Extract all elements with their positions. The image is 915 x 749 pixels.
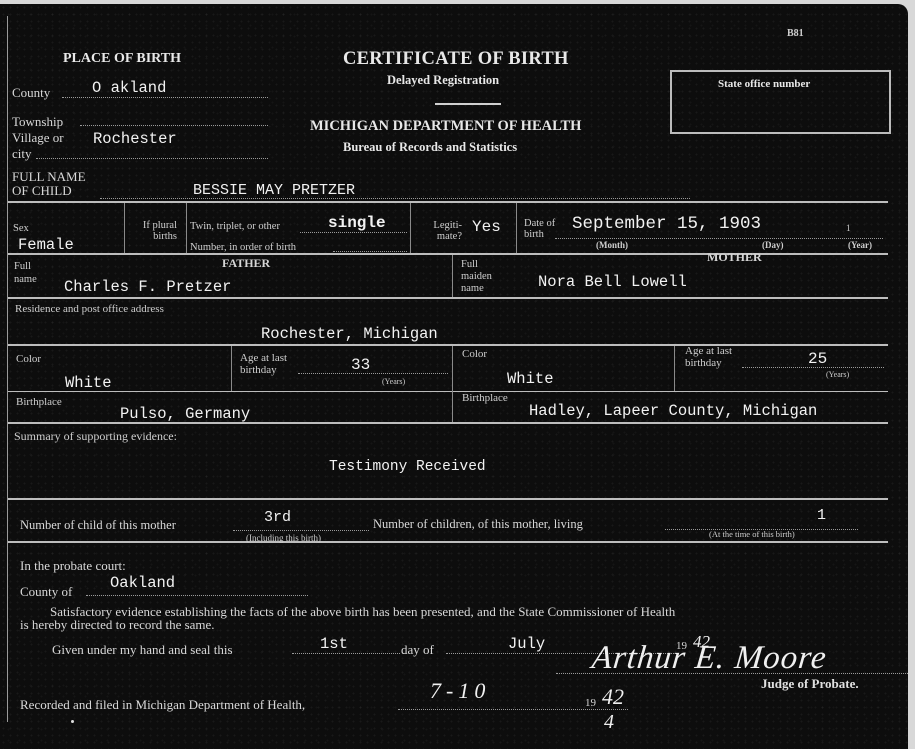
father-age-divider — [231, 346, 232, 391]
day-of-label: day of — [401, 642, 434, 658]
full-name-label-line1: FULL NAME — [12, 170, 86, 184]
father-name-value: Charles F. Pretzer — [64, 278, 231, 296]
form-code: B81 — [787, 28, 804, 39]
residence-value: Rochester, Michigan — [261, 325, 438, 343]
township-label: Township — [12, 114, 63, 130]
judge-of-probate-label: Judge of Probate. — [761, 676, 859, 692]
plural-label-line1: If plural — [131, 220, 177, 231]
bureau-name: Bureau of Records and Statistics — [343, 140, 517, 155]
given-month-value: July — [508, 635, 545, 653]
father-heading: FATHER — [222, 256, 270, 271]
mother-years-caption: (Years) — [826, 370, 849, 379]
mother-name-label-line1: Full — [461, 259, 492, 271]
probate-statement-line2: is hereby directed to record the same. — [20, 617, 215, 633]
living-value: 1 — [817, 507, 826, 524]
village-label: Village or — [12, 130, 64, 146]
recorded-year-value: 42 — [602, 684, 624, 710]
legit-label-line1: Legiti- — [416, 220, 462, 231]
full-name-label-line2: OF CHILD — [12, 184, 86, 198]
evidence-value: Testimony Received — [329, 459, 486, 475]
date-of-birth-label: Date of birth — [524, 218, 555, 240]
township-field — [80, 112, 268, 126]
recorded-date-value: 7-10 — [430, 678, 490, 704]
sex-value: Female — [18, 236, 74, 254]
probate-court-label: In the probate court: — [20, 558, 126, 574]
father-age-field — [298, 372, 448, 374]
divider-v3 — [410, 203, 411, 253]
living-label: Number of children, of this mother, livi… — [373, 517, 583, 532]
plural-label-line2: births — [131, 231, 177, 242]
county-label: County — [12, 85, 50, 101]
father-age-value: 33 — [351, 356, 370, 374]
left-border — [7, 16, 8, 722]
probate-county-label: County of — [20, 584, 72, 600]
mother-age-label-line1: Age at last — [685, 345, 732, 357]
legit-label-line2: mate? — [416, 231, 462, 242]
child-number-caption: (Including this birth) — [246, 533, 321, 543]
father-birthplace-label: Birthplace — [16, 397, 62, 408]
mother-name-label-line3: name — [461, 283, 492, 295]
father-age-label-line1: Age at last — [240, 352, 287, 364]
divider-v2 — [186, 203, 187, 253]
father-color-value: White — [65, 374, 112, 392]
mother-birthplace-label: Birthplace — [462, 393, 508, 404]
signature-line — [556, 672, 908, 674]
ink-dot — [71, 720, 74, 723]
child-number-field — [233, 529, 369, 531]
twin-label: Twin, triplet, or other — [190, 221, 280, 232]
father-name-label-line2: name — [14, 273, 37, 286]
month-caption: (Month) — [596, 240, 628, 250]
day-caption: (Day) — [762, 240, 784, 250]
state-office-label: State office number — [718, 78, 810, 90]
mother-name-value: Nora Bell Lowell — [538, 273, 687, 291]
certificate-subtitle: Delayed Registration — [387, 73, 499, 88]
dob-extra-mark: 1 — [846, 223, 851, 233]
legitimate-label: Legiti- mate? — [416, 220, 462, 242]
date-of-birth-value: September 15, 1903 — [572, 214, 761, 234]
order-field — [333, 248, 407, 252]
sex-label: Sex — [13, 223, 29, 234]
father-color-label: Color — [16, 354, 41, 365]
legitimate-value: Yes — [472, 218, 501, 236]
mother-name-label-line2: maiden — [461, 271, 492, 283]
recorded-note: 4 — [604, 711, 614, 734]
father-name-label-line1: Full — [14, 260, 37, 273]
evidence-label: Summary of supporting evidence: — [14, 431, 177, 442]
certificate-title: CERTIFICATE OF BIRTH — [343, 49, 569, 70]
full-name-field: BESSIE MAY PRETZER — [100, 185, 690, 199]
recorded-year-prefix: 19 — [585, 697, 596, 709]
rule-8 — [8, 541, 888, 543]
given-label: Given under my hand and seal this — [52, 642, 233, 658]
mother-age-label: Age at last birthday — [685, 345, 732, 369]
father-birthplace-value: Pulso, Germany — [120, 405, 250, 423]
city-label: city — [12, 146, 32, 162]
child-number-value: 3rd — [264, 509, 291, 526]
father-years-caption: (Years) — [382, 377, 405, 386]
county-value: O akland — [92, 79, 166, 97]
mother-heading: MOTHER — [707, 250, 762, 265]
mother-color-label: Color — [462, 349, 487, 360]
child-number-label: Number of child of this mother — [20, 518, 176, 533]
year-caption: (Year) — [848, 240, 872, 250]
full-name-value: BESSIE MAY PRETZER — [193, 182, 355, 199]
twin-value: single — [328, 214, 386, 232]
county-field: O akland — [62, 82, 268, 98]
full-name-label: FULL NAME OF CHILD — [12, 170, 86, 198]
mother-birthplace-value: Hadley, Lapeer County, Michigan — [529, 402, 817, 420]
rule-3 — [8, 297, 888, 299]
mother-age-value: 25 — [808, 350, 827, 368]
probate-county-field — [86, 594, 308, 596]
department-name: MICHIGAN DEPARTMENT OF HEALTH — [310, 118, 581, 135]
residence-label: Residence and post office address — [15, 304, 164, 315]
birth-certificate: B81 PLACE OF BIRTH County O akland Towns… — [0, 4, 908, 749]
father-age-label-line2: birthday — [240, 364, 287, 376]
rule-5 — [8, 391, 888, 392]
recorded-label: Recorded and filed in Michigan Departmen… — [20, 697, 305, 713]
mother-name-label: Full maiden name — [461, 259, 492, 295]
mother-age-divider — [674, 346, 675, 391]
mother-age-label-line2: birthday — [685, 357, 732, 369]
given-day-value: 1st — [320, 635, 348, 653]
plural-births-label: If plural births — [131, 220, 177, 242]
state-office-number-box: State office number — [670, 70, 891, 134]
father-name-label: Full name — [14, 260, 37, 286]
rule-7 — [8, 498, 888, 500]
rule-1 — [8, 201, 888, 203]
dob-label-line2: birth — [524, 229, 555, 240]
probate-county-value: Oakland — [110, 574, 175, 592]
dob-field — [555, 237, 883, 239]
father-age-label: Age at last birthday — [240, 352, 287, 376]
rule-4 — [8, 344, 888, 346]
parents-divider — [452, 255, 453, 297]
title-divider — [435, 103, 501, 105]
parents-divider-2 — [452, 346, 453, 422]
mother-color-value: White — [507, 370, 554, 388]
order-label: Number, in order of birth — [190, 242, 296, 253]
living-caption: (At the time of this birth) — [709, 529, 795, 539]
place-of-birth-heading: PLACE OF BIRTH — [63, 51, 181, 67]
divider-v1 — [124, 203, 125, 253]
city-field — [36, 145, 268, 159]
dob-label-line1: Date of — [524, 218, 555, 229]
divider-v4 — [516, 203, 517, 253]
